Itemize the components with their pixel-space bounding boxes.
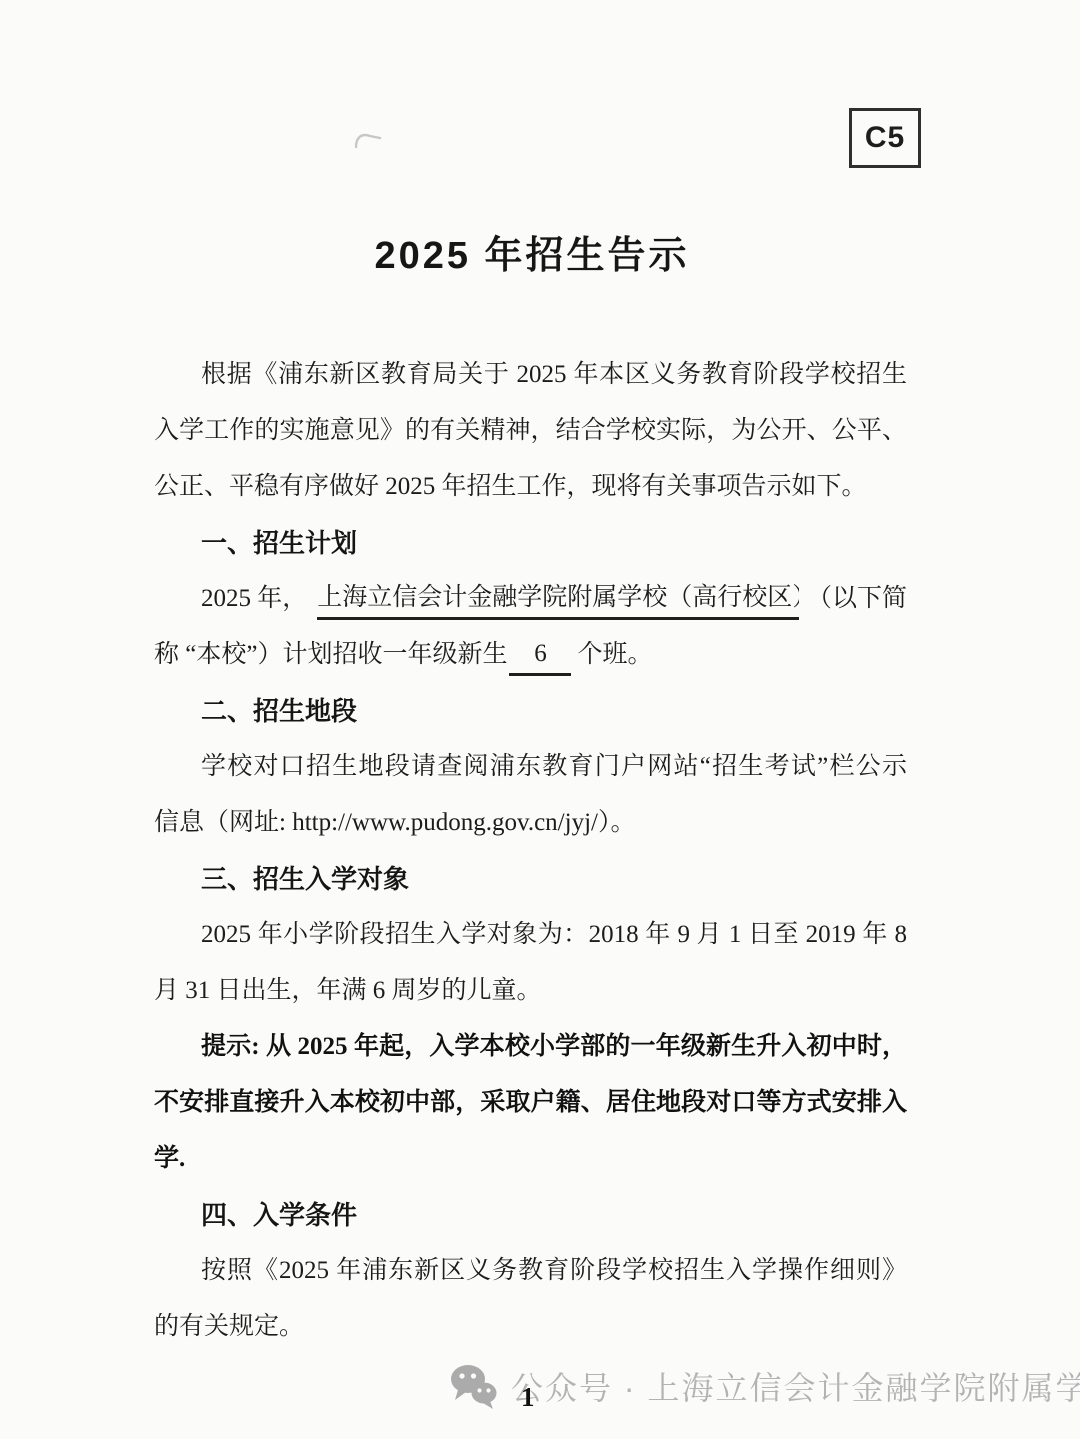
page-title: 2025 年招生告示 [0, 224, 1064, 279]
page-number: 1 [521, 1382, 535, 1413]
paragraph-2-line-1: 学校对口招生地段请查阅浦东教育门户网站“招生考试”栏公示 [154, 739, 907, 795]
wechat-icon [449, 1363, 499, 1409]
paragraph-1-line-1: 根据《浦东新区教育局关于 2025 年本区义务教育阶段学校招生 [154, 347, 907, 403]
paragraph-4-line-2: 的有关规定。 [154, 1299, 907, 1355]
section-heading-enrollment-area: 二、招生地段 [154, 683, 907, 739]
paragraph-3-line-2: 月 31 日出生，年满 6 周岁的儿童。 [154, 963, 907, 1019]
watermark-text: 公众号 · 上海立信会计金融学院附属学校 [511, 1363, 1080, 1409]
paragraph-1-line-2: 入学工作的实施意见》的有关精神，结合学校实际，为公开、公平、 [154, 403, 907, 459]
school-name-blank: 上海立信会计金融学院附属学校（高行校区） [317, 581, 799, 620]
plan-suffix: （以下简 [807, 571, 907, 627]
notice-line-1: 提示: 从 2025 年起，入学本校小学部的一年级新生升入初中时， [154, 1019, 907, 1075]
paragraph-1-line-3: 公正、平稳有序做好 2025 年招生工作，现将有关事项告示如下。 [154, 459, 907, 515]
plan-blank-line: 2025 年， 上海立信会计金融学院附属学校（高行校区） （以下简 [154, 571, 907, 627]
notice-line-3: 学. [154, 1131, 907, 1187]
scan-artifact-mark [350, 124, 384, 154]
plan-classes-line: 称 “本校”）计划招收一年级新生 6 个班。 [154, 627, 907, 683]
document-code-box: C5 [849, 108, 921, 168]
plan-prefix: 2025 年， [201, 571, 307, 627]
plan-classes-prefix: 称 “本校”）计划招收一年级新生 [154, 627, 507, 683]
section-heading-admission-conditions: 四、入学条件 [154, 1187, 907, 1243]
notice-line-2: 不安排直接升入本校初中部，采取户籍、居住地段对口等方式安排入 [154, 1075, 907, 1131]
plan-classes-suffix: 个班。 [577, 627, 652, 683]
class-count-blank: 6 [509, 637, 571, 676]
watermark: 公众号 · 上海立信会计金融学院附属学校 [449, 1363, 1080, 1409]
document-page: C5 2025 年招生告示 根据《浦东新区教育局关于 2025 年本区义务教育阶… [0, 0, 1080, 1439]
document-body: 根据《浦东新区教育局关于 2025 年本区义务教育阶段学校招生 入学工作的实施意… [154, 347, 907, 1355]
paragraph-4-line-1: 按照《2025 年浦东新区义务教育阶段学校招生入学操作细则》 [154, 1243, 907, 1299]
paragraph-2-line-2: 信息（网址: http://www.pudong.gov.cn/jyj/）。 [154, 795, 907, 851]
section-heading-enrollment-plan: 一、招生计划 [154, 515, 907, 571]
section-heading-eligible-students: 三、招生入学对象 [154, 851, 907, 907]
document-code-label: C5 [865, 121, 905, 155]
paragraph-3-line-1: 2025 年小学阶段招生入学对象为：2018 年 9 月 1 日至 2019 年… [154, 907, 907, 963]
